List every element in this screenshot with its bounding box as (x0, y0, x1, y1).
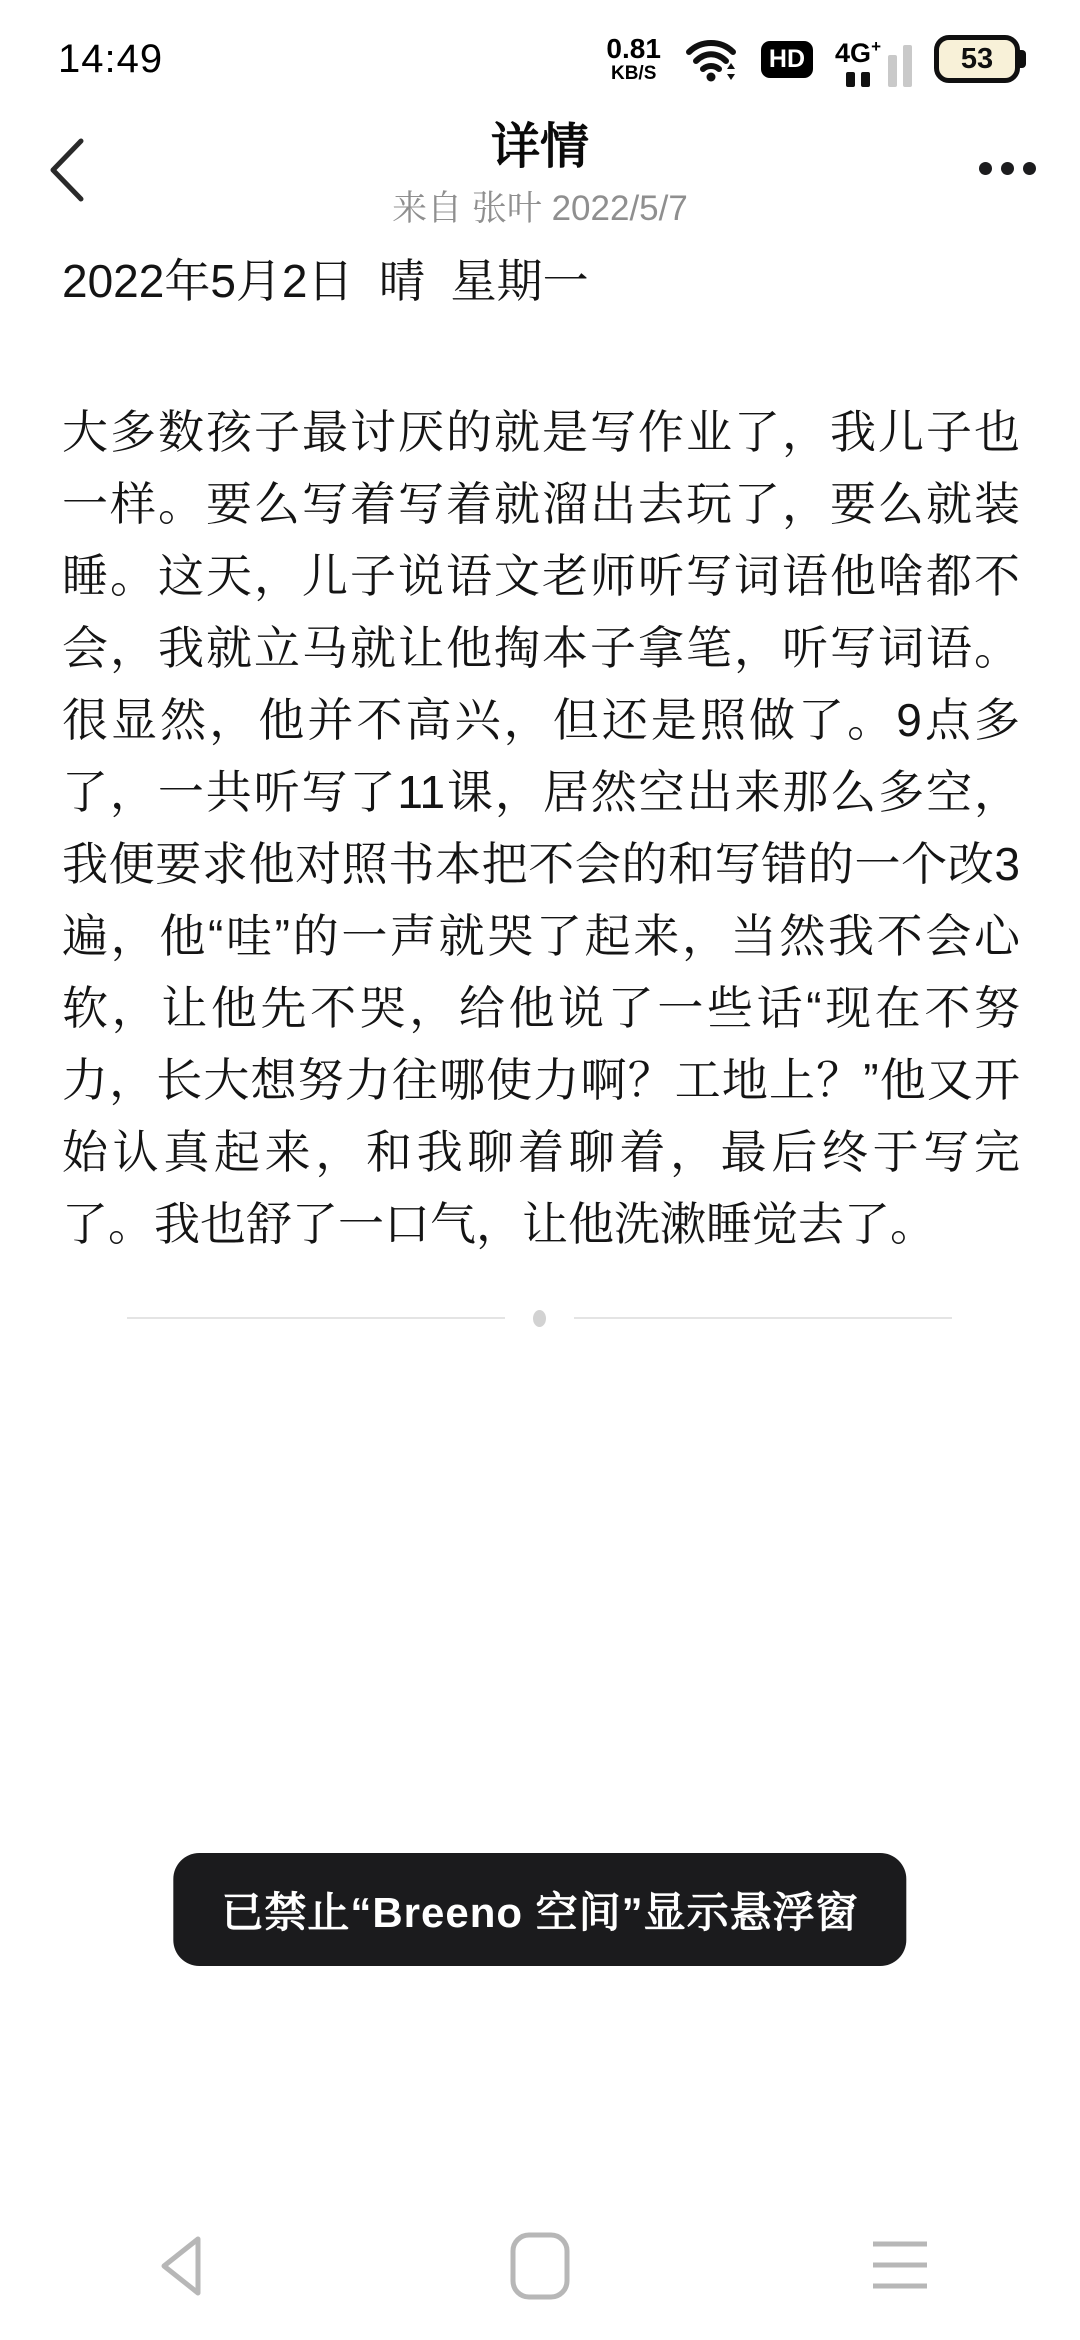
more-dot (979, 162, 992, 175)
page-indicator-dot (533, 1310, 546, 1327)
signal-bars-inactive (888, 45, 912, 87)
status-bar: 14:49 0.81 KB/S HD 4G+ (0, 0, 1080, 104)
page-title: 详情 (120, 118, 960, 177)
battery-nub (1019, 50, 1026, 68)
divider-line-left (127, 1317, 505, 1319)
network-type-label: 4G (835, 38, 871, 68)
nav-home-icon (509, 2231, 571, 2301)
header: 详情 来自 张叶 2022/5/7 (0, 104, 1080, 244)
divider-line-right (574, 1317, 952, 1319)
wifi-icon (683, 35, 739, 83)
header-title-block: 详情 来自 张叶 2022/5/7 (120, 118, 960, 231)
cellular-signal-icon: 4G+ (835, 31, 912, 87)
note-body-text: 大多数孩子最讨厌的就是写作业了，我儿子也一样。要么写着写着就溜出去玩了，要么就装… (62, 396, 1020, 1260)
signal-bars-active (846, 72, 870, 87)
note-date-line: 2022年5月2日 晴 星期一 (62, 252, 1020, 312)
battery-percent: 53 (961, 43, 993, 76)
clock: 14:49 (58, 37, 163, 82)
more-dot (1023, 162, 1036, 175)
hd-voice-icon: HD (761, 41, 813, 78)
network-type: 4G+ (835, 38, 881, 87)
network-type-plus: + (871, 37, 881, 56)
network-speed-unit: KB/S (611, 64, 656, 84)
back-chevron-icon (45, 136, 87, 204)
more-dot (1001, 162, 1014, 175)
nav-back-button[interactable] (0, 2192, 360, 2340)
status-icons: 0.81 KB/S HD 4G+ 53 (606, 31, 1028, 87)
back-button[interactable] (30, 120, 102, 220)
toast-message: 已禁止“Breeno 空间”显示悬浮窗 (173, 1853, 906, 1966)
page-divider (127, 1306, 952, 1330)
nav-recents-icon (870, 2238, 930, 2294)
more-options-button[interactable] (975, 138, 1040, 198)
network-speed-indicator: 0.81 KB/S (606, 34, 661, 83)
nav-back-icon (152, 2231, 208, 2301)
network-speed-value: 0.81 (606, 34, 661, 63)
phone-screen: 14:49 0.81 KB/S HD 4G+ (0, 0, 1080, 2340)
note-content: 2022年5月2日 晴 星期一 大多数孩子最讨厌的就是写作业了，我儿子也一样。要… (62, 252, 1020, 1260)
page-subtitle: 来自 张叶 2022/5/7 (120, 181, 960, 231)
nav-home-button[interactable] (360, 2192, 720, 2340)
nav-recents-button[interactable] (720, 2192, 1080, 2340)
navigation-bar (0, 2192, 1080, 2340)
battery-icon: 53 (934, 35, 1020, 83)
